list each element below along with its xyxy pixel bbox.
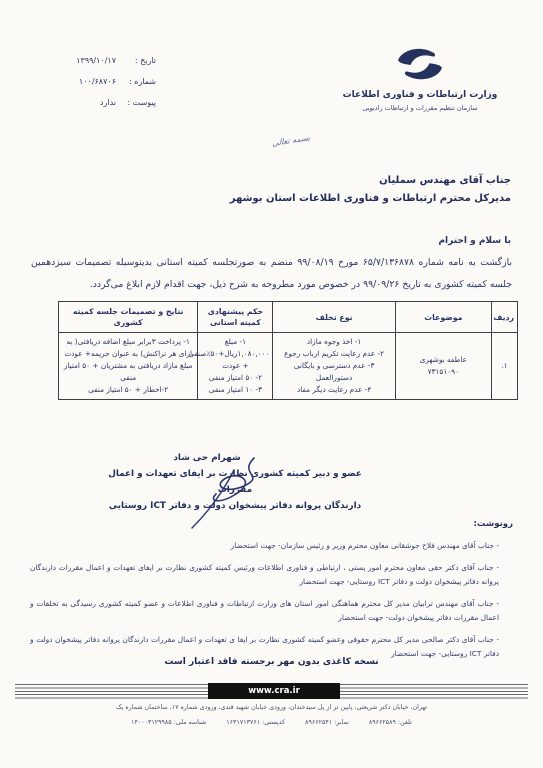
col-header-violation: نوع تخلف [273,302,395,333]
col-header-subject: موضوعات [395,302,491,333]
col-header-national: نتایج و تصمیمات جلسه کمیته کشوری [59,302,198,333]
organization-name: سازمان تنظیم مقررات و ارتباطات رادیویی [335,104,505,112]
subject-name: عاطفه بوشهری [399,354,488,366]
national-id-value: ۱۴۰۰۰۳۱۲۹۹۸۵ [131,719,172,726]
cc-item: - جناب آقای دکتر حقی معاون محترم امور پس… [30,561,499,590]
header-stamps: تاریخ : ۱۳۹۹/۱۰/۱۷ شماره : ۱۰۰/۶۸۷۰۶ پیو… [28,50,156,113]
national-line: ۱- پرداخت ۳برابر مبلغ اضافه دریافتی( به … [62,336,194,384]
decisions-table: ردیف موضوعات نوع تخلف حکم پیشنهادی کمیته… [58,301,518,400]
provincial-line: ۳- ۱۰ امتیاز منفی [201,384,269,396]
date-stamp: تاریخ : ۱۳۹۹/۱۰/۱۷ [28,50,156,71]
signer-title-line2: دارندگان پروانه دفاتر پیشخوان دولت و دفا… [105,498,365,514]
cell-radif: ۱. [491,333,517,400]
violation-line: ۳- عدم دسترسی و بایگانی دستورالعمل [276,360,391,384]
cra-logo-icon [391,44,449,86]
violation-line: ۲- عدم رعایت تکریم ارباب رجوع [276,348,391,360]
attachment-stamp: پیوست : ندارد [28,92,156,113]
number-label: شماره : [122,71,156,92]
cc-item: - جناب آقای مهندس ترابیان مدیر کل محترم … [30,597,499,626]
provincial-line: + عودت [201,360,269,372]
table-header-row: ردیف موضوعات نوع تخلف حکم پیشنهادی کمیته… [59,302,518,333]
fax-pair: نمابر: ۸۹۶۶۲۵۴۱ [303,719,349,726]
signer-title-line1: عضو و دبیر کمیته کشوری نظارت بر ایفای تع… [105,466,365,498]
provincial-line: ۲- ۵۰ امتیاز منفی [201,372,269,384]
cc-label: رونوشت: [474,519,513,529]
number-stamp: شماره : ۱۰۰/۶۸۷۰۶ [28,71,156,92]
cc-list: - جناب آقای مهندس فلاح جوشقانی معاون محت… [30,539,499,669]
signer-name: شهرام حی شاد [77,450,337,466]
provincial-line: ۱- مبلغ [201,336,269,348]
fax-label: نمابر: [334,719,349,726]
date-label: تاریخ : [122,50,156,71]
letter-page: تاریخ : ۱۳۹۹/۱۰/۱۷ شماره : ۱۰۰/۶۸۷۰۶ پیو… [0,0,543,768]
national-id-pair: شناسه ملی: ۱۴۰۰۰۳۱۲۹۹۸۵ [131,719,206,726]
cc-item: - جناب آقای مهندس فلاح جوشقانی معاون محت… [30,539,499,554]
postal-label: کدپستی: [262,719,285,726]
phone-label: تلفن: [398,719,412,726]
postal-pair: کدپستی: ۱۶۳۱۷۱۳۷۶۱ [224,719,285,726]
validity-note: نسخه کاغذی بدون مهر برجسته فاقد اعتبار ا… [80,657,463,667]
cell-subject: عاطفه بوشهری ۷۳۱۵۱۰۹۰ [395,333,491,400]
letterhead: وزارت ارتباطات و فناوری اطلاعات سازمان ت… [335,44,505,112]
footer-address: تهران، خیابان دکتر شریعتی، پایین تر از پ… [20,704,523,711]
subject-code: ۷۳۱۵۱۰۹۰ [399,366,488,378]
provincial-line: ۱,۰۸۰,۰۰۰ریال+۵۰٪صنفی [201,348,269,360]
attachment-label: پیوست : [122,92,156,113]
national-line: ۲-اخطار + ۵۰ امتیاز منفی [62,384,194,396]
date-value: ۱۳۹۹/۱۰/۱۷ [76,50,116,71]
number-value: ۱۰۰/۶۸۷۰۶ [79,71,116,92]
violation-line: ۱- اخذ وجوه مازاد [276,336,391,348]
footer-contacts: تلفن: ۸۹۶۶۲۵۸۹ نمابر: ۸۹۶۶۲۵۴۱ کدپستی: ۱… [20,719,523,726]
attachment-value: ندارد [100,92,116,113]
table-row: ۱. عاطفه بوشهری ۷۳۱۵۱۰۹۰ ۱- اخذ وجوه ماز… [59,333,518,400]
cell-violation: ۱- اخذ وجوه مازاد ۲- عدم رعایت تکریم ارب… [273,333,395,400]
website-badge: www.cra.ir [208,683,340,699]
phone-pair: تلفن: ۸۹۶۶۲۵۸۹ [367,719,412,726]
recipient-name: جناب آقای مهندس سملیان [32,172,511,190]
salutation: با سلام و احترام [438,236,511,246]
col-header-radif: ردیف [491,302,517,333]
bismillah-note: بسمه تعالی [272,133,310,148]
violation-line: ۴- عدم رعایت دیگر مفاد [276,384,391,396]
col-header-provincial: حکم پیشنهادی کمیته استانی [198,302,273,333]
postal-value: ۱۶۳۱۷۱۳۷۶۱ [226,719,260,726]
recipient-title: مدیرکل محترم ارتباطات و فناوری اطلاعات ا… [32,190,511,208]
phone-value: ۸۹۶۶۲۵۸۹ [369,719,396,726]
cell-national: ۱- پرداخت ۳برابر مبلغ اضافه دریافتی( به … [59,333,198,400]
ministry-name: وزارت ارتباطات و فناوری اطلاعات [335,90,505,100]
national-id-label: شناسه ملی: [174,719,207,726]
recipient-block: جناب آقای مهندس سملیان مدیرکل محترم ارتب… [32,172,511,208]
body-paragraph: بازگشت به نامه شماره ۶۵/۷/۱۳۶۸۷۸ مورخ ۹۹… [31,252,512,296]
signature-block: شهرام حی شاد عضو و دبیر کمیته کشوری نظار… [105,450,365,514]
fax-value: ۸۹۶۶۲۵۴۱ [305,719,332,726]
cell-provincial: ۱- مبلغ ۱,۰۸۰,۰۰۰ریال+۵۰٪صنفی + عودت ۲- … [198,333,273,400]
